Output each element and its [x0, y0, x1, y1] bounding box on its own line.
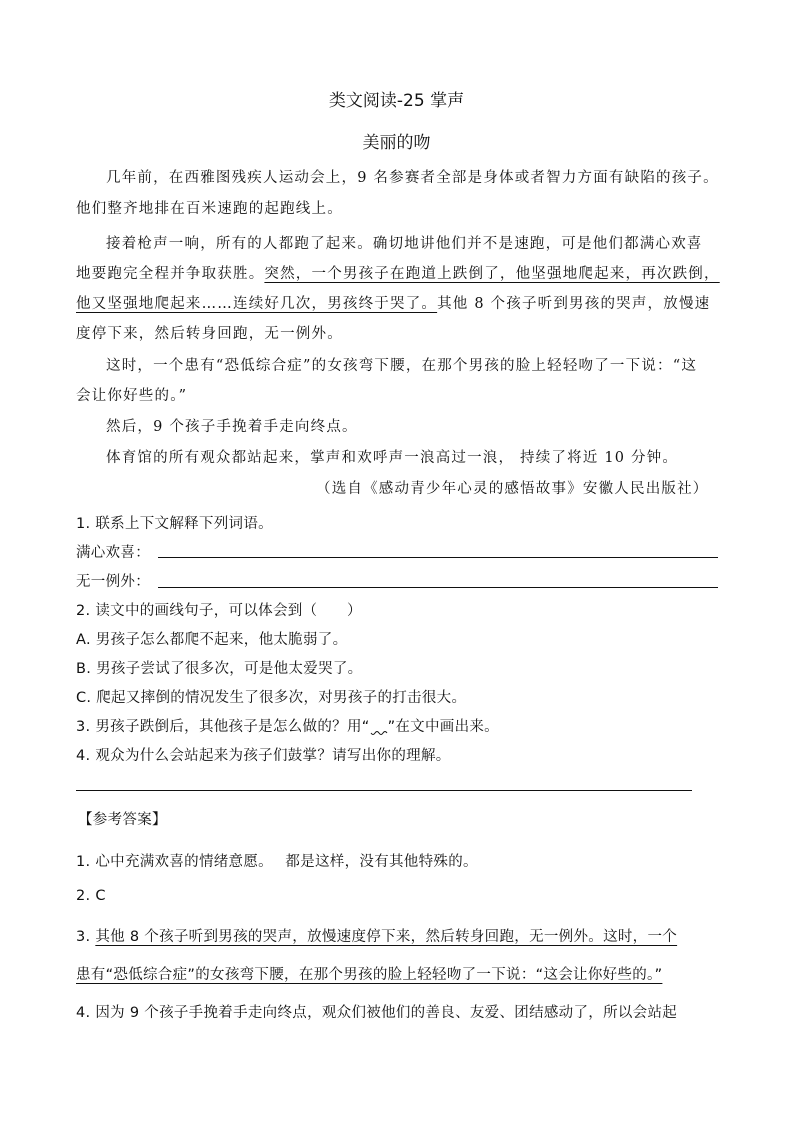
- question-4: 4. 观众为什么会站起来为孩子们鼓掌？请写出你的理解。: [76, 744, 451, 765]
- passage-text: 其他 8 个孩子听到男孩的哭声，放慢速: [437, 296, 710, 312]
- question-1: 1. 联系上下文解释下列词语。: [76, 512, 273, 533]
- answer-2: 2. C: [76, 888, 106, 904]
- question-3: 3. 男孩子跌倒后，其他孩子是怎么做的？用“”在文中画出来。: [76, 715, 499, 736]
- passage-source: （选自《感动青少年心灵的感悟故事》安徽人民出版社）: [316, 477, 709, 498]
- question-3-text: 3. 男孩子跌倒后，其他孩子是怎么做的？用“: [76, 719, 370, 735]
- answer-3-line-2: 患有“恐低综合症”的女孩弯下腰，在那个男孩的脸上轻轻吻了一下说：“这会让你好些的…: [76, 963, 662, 984]
- passage-paragraph-2-line-4: 度停下来，然后转身回跑，无一例外。: [76, 322, 343, 343]
- underlined-sentence: 他又坚强地爬起来……连续好几次，男孩终于哭了。: [76, 296, 437, 312]
- question-2-option-b: B. 男孩子尝试了很多次，可是他太爱哭了。: [76, 657, 362, 678]
- question-2: 2. 读文中的画线句子，可以体会到（ ）: [76, 599, 362, 620]
- answer-line-term-a[interactable]: [158, 557, 718, 558]
- answer-4: 4. 因为 9 个孩子手挽着手走向终点，观众们被他们的善良、友爱、团结感动了，所…: [76, 1001, 677, 1022]
- passage-paragraph-2-line-1: 接着枪声一响，所有的人都跑了起来。确切地讲他们并不是速跑，可是他们都满心欢喜: [106, 232, 703, 253]
- passage-title: 美丽的吻: [0, 128, 793, 153]
- passage-paragraph-1-line-2: 他们整齐地排在百米速跑的起跑线上。: [76, 197, 343, 218]
- answers-heading: 【参考答案】: [78, 808, 167, 829]
- question-3-text: ”在文中画出来。: [388, 719, 499, 735]
- wavy-underline-icon: [370, 728, 388, 736]
- passage-paragraph-5: 体育馆的所有观众都站起来，掌声和欢呼声一浪高过一浪， 持续了将近 10 分钟。: [106, 446, 678, 467]
- answer-3-underlined-text: 其他 8 个孩子听到男孩的哭声，放慢速度停下来，然后转身回跑，无一例外。这时，一…: [95, 929, 677, 945]
- answer-3-number: 3.: [76, 929, 95, 945]
- passage-paragraph-4: 然后，9 个孩子手挽着手走向终点。: [106, 415, 358, 436]
- question-2-option-a: A. 男孩子怎么都爬不起来，他太脆弱了。: [76, 628, 347, 649]
- document-page: 类文阅读-25 掌声 美丽的吻 几年前，在西雅图残疾人运动会上，9 名参赛者全部…: [0, 0, 793, 1122]
- page-title: 类文阅读-25 掌声: [0, 86, 793, 111]
- question-1-term-a-label: 满心欢喜：: [76, 541, 150, 562]
- passage-paragraph-2-line-3: 他又坚强地爬起来……连续好几次，男孩终于哭了。其他 8 个孩子听到男孩的哭声，放…: [76, 292, 710, 313]
- answer-3-line-1: 3. 其他 8 个孩子听到男孩的哭声，放慢速度停下来，然后转身回跑，无一例外。这…: [76, 925, 677, 946]
- passage-paragraph-2-line-2: 地要跑完全程并争取获胜。突然，一个男孩子在跑道上跌倒了，他坚强地爬起来，再次跌倒…: [76, 262, 720, 283]
- passage-paragraph-1-line-1: 几年前，在西雅图残疾人运动会上，9 名参赛者全部是身体或者智力方面有缺陷的孩子。: [106, 166, 719, 187]
- question-1-term-b-label: 无一例外：: [76, 570, 150, 591]
- answer-line-question-4[interactable]: [76, 790, 692, 791]
- answer-1: 1. 心中充满欢喜的情绪意愿。 都是这样，没有其他特殊的。: [76, 850, 478, 871]
- passage-paragraph-3-line-1: 这时，一个患有“恐低综合症”的女孩弯下腰，在那个男孩的脸上轻轻吻了一下说：“这: [106, 354, 697, 375]
- underlined-sentence: 突然，一个男孩子在跑道上跌倒了，他坚强地爬起来，再次跌倒，: [264, 266, 719, 282]
- passage-paragraph-3-line-2: 会让你好些的。”: [76, 384, 187, 405]
- answer-line-term-b[interactable]: [158, 587, 718, 588]
- question-2-option-c: C. 爬起又摔倒的情况发生了很多次，对男孩子的打击很大。: [76, 686, 466, 707]
- passage-text: 地要跑完全程并争取获胜。: [76, 266, 264, 282]
